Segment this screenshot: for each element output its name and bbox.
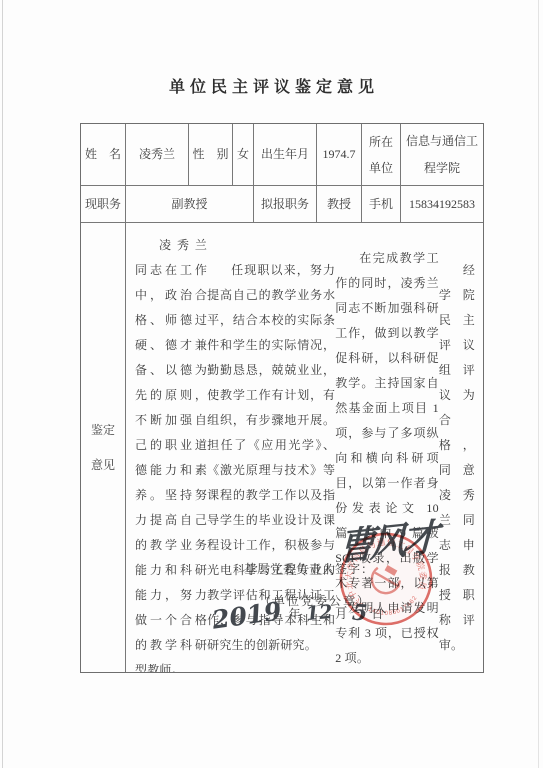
name-label-cell: 姓 名: [81, 124, 126, 186]
red-official-seal: 中共中北大学信息与通信工程学院委员会 1401085017462: [330, 523, 442, 635]
handwritten-month: 12: [305, 605, 333, 622]
name-value-cell: 凌秀兰: [126, 124, 189, 186]
birth-label-cell: 出生年月: [254, 124, 317, 186]
proposed-post-label-cell: 拟报职务: [254, 186, 317, 223]
current-post-value-cell: 副教授: [126, 186, 254, 223]
page-edge-shadow-left: [2, 0, 3, 768]
appraisal-label-cell: 鉴定意见: [81, 223, 126, 672]
gender-value-cell: 女: [233, 124, 254, 186]
appraisal-paragraph: 经学院民主评议组评议为合格，同意凌秀兰同志申报教授职称评审。: [439, 258, 475, 658]
appraisal-label-text: 鉴定意见: [90, 413, 116, 483]
mobile-label-cell: 手机: [362, 186, 401, 223]
appraisal-content-cell: 凌秀兰同志在工作中，政治合格、师德过硬、德才兼备、以德为先的原则，不断加强自己的…: [126, 223, 483, 672]
appraisal-paragraph: 凌秀兰同志在工作中，政治合格、师德过硬、德才兼备、以德为先的原则，不断加强自己的…: [135, 233, 207, 672]
unit-label-cell: 所在单位: [362, 124, 401, 186]
appraisal-form-table: 姓 名 凌秀兰 性 别 女 出生年月 1974.7 所在单位 信息与通信工程学院…: [80, 123, 484, 673]
handwritten-year: 2019: [211, 603, 282, 628]
birth-value-cell: 1974.7: [317, 124, 362, 186]
document-page: 单位民主评议鉴定意见 姓 名 凌秀兰 性 别 女 出生年月 1974.7 所在单…: [0, 0, 543, 768]
year-label: 年: [289, 607, 301, 622]
unit-value-text: 信息与通信工程学院: [403, 128, 481, 182]
current-post-label-cell: 现职务: [81, 186, 126, 223]
page-title: 单位民主评议鉴定意见: [0, 74, 543, 97]
unit-value-cell: 信息与通信工程学院: [401, 124, 483, 186]
proposed-post-value-cell: 教授: [317, 186, 362, 223]
mobile-value-cell: 15834192583: [401, 186, 483, 223]
unit-label-text: 所在单位: [367, 129, 396, 181]
gender-label-cell: 性 别: [189, 124, 233, 186]
page-edge-shadow-right: [538, 0, 539, 768]
